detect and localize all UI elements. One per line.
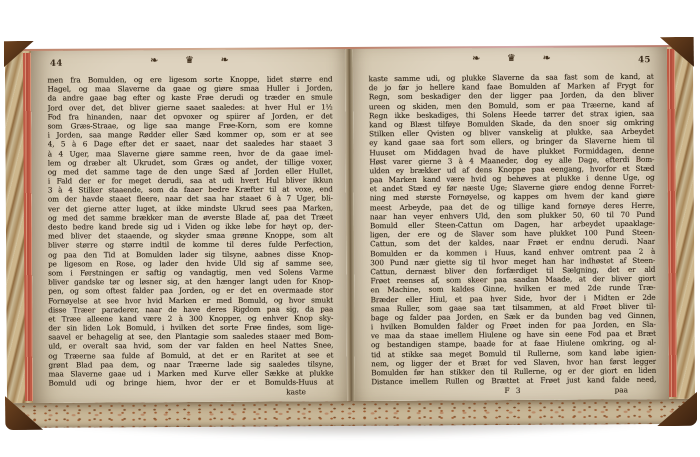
text-line: bliver større og større indtil de komme … xyxy=(48,240,333,250)
left-page-header: 44 ❧ ♛ ❧ xyxy=(47,55,332,72)
page-number-right: 45 xyxy=(638,55,651,65)
catchword-right: paa xyxy=(615,386,628,395)
left-page-text: men fra Bomulden, og ere ligesom sorte K… xyxy=(47,74,333,387)
fleuron-icon: ❧ xyxy=(543,52,551,66)
fleuron-icon: ❧ xyxy=(472,52,480,66)
book-bottom-edge xyxy=(7,399,695,428)
text-line: da andre gaae bag efter og kaste Frøe de… xyxy=(48,93,333,103)
header-ornaments-left: ❧ ♛ ❧ xyxy=(150,54,229,68)
photo-scene: 44 ❧ ♛ ❧ men fra Bomulden, og ere ligeso… xyxy=(0,0,700,457)
left-page-footer: kaste xyxy=(49,387,334,399)
marbled-left-edge xyxy=(5,51,33,403)
book-pages-row: 44 ❧ ♛ ❧ men fra Bomulden, og ere ligeso… xyxy=(5,47,695,403)
text-line: om der havde staaet fleere, naar det saa… xyxy=(48,194,333,204)
text-line: Bomuld udi og bringe hiem, hvor der er e… xyxy=(48,378,333,388)
fleuron-icon: ❧ xyxy=(150,54,158,68)
page-number-left: 44 xyxy=(50,59,63,69)
header-ornaments-right: ❧ ♛ ❧ xyxy=(472,52,551,66)
text-line: 4, 5 à 6 Dage efter det er saaet, naar d… xyxy=(48,139,333,149)
crown-icon: ♛ xyxy=(185,54,194,68)
right-page-text: kaste samme udi, og plukke Slaverne da s… xyxy=(369,72,657,387)
left-page: 44 ❧ ♛ ❧ men fra Bomulden, og ere ligeso… xyxy=(31,49,347,403)
right-page: ❧ ♛ ❧ 45 kaste samme udi, og plukke Slav… xyxy=(353,47,669,401)
signature-mark: F 3 xyxy=(504,386,522,395)
fleuron-icon: ❧ xyxy=(221,54,229,68)
text-line: uld, er overalt saa hvid, som der var fa… xyxy=(48,341,333,351)
right-page-footer: F 3 paa xyxy=(371,386,656,398)
right-page-header: ❧ ♛ ❧ 45 xyxy=(369,53,654,70)
text-line: pen, og som oftest falder paa Jorden, og… xyxy=(48,286,333,296)
red-stained-edge-right xyxy=(667,49,677,397)
open-book: 44 ❧ ♛ ❧ men fra Bomulden, og ere ligeso… xyxy=(5,38,695,428)
marbled-right-edge xyxy=(667,47,695,399)
crown-icon: ♛ xyxy=(507,52,516,66)
catchword-left: kaste xyxy=(286,388,306,397)
